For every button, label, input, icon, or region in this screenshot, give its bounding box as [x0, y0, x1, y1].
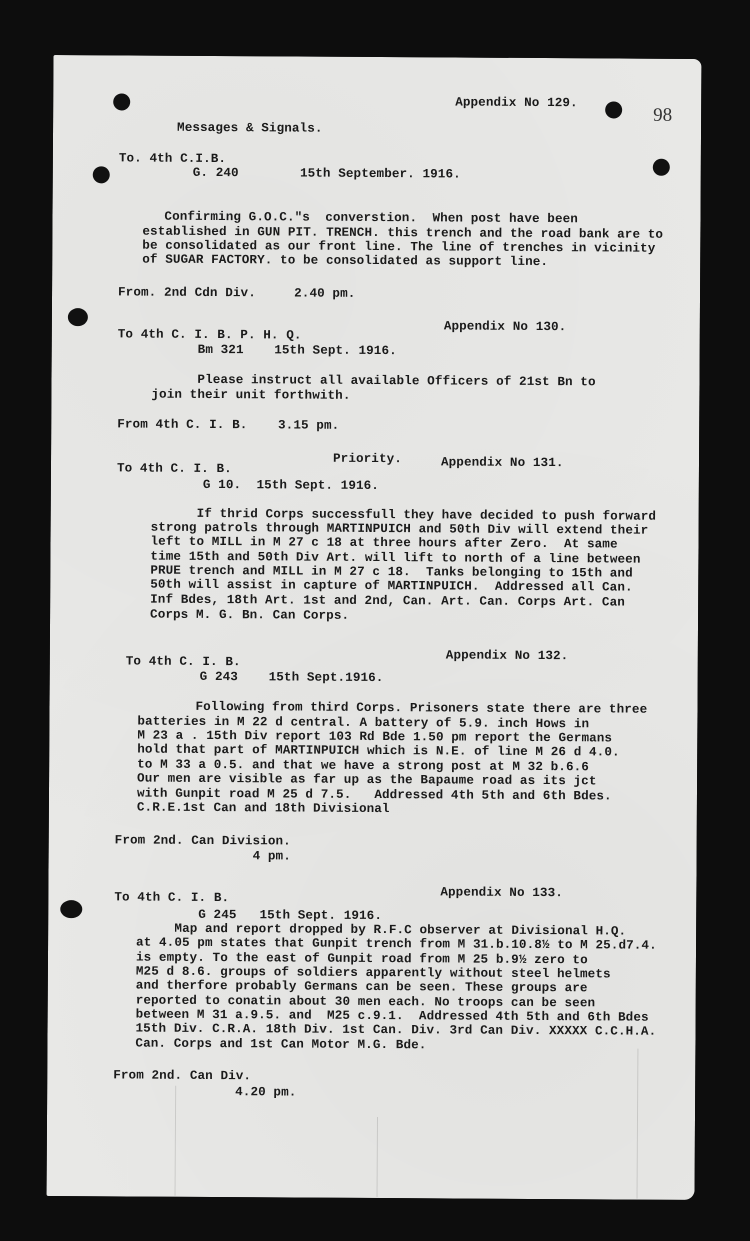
- appendix-label: Appendix No 131.: [441, 456, 564, 470]
- punch-hole-icon: [605, 101, 622, 118]
- message-body-line: C.R.E.1st Can and 18th Divisional: [137, 802, 390, 817]
- message-ref-date: G 10. 15th Sept. 1916.: [203, 479, 379, 494]
- page-number: 98: [653, 105, 672, 127]
- message-ref-date: Bm 321 15th Sept. 1916.: [198, 344, 397, 359]
- message-recipient: To 4th C. I. B.: [117, 462, 232, 476]
- page-heading: Messages & Signals.: [177, 122, 323, 136]
- message-body-line: join their unit forthwith.: [151, 389, 350, 404]
- priority-label: Priority.: [333, 453, 402, 467]
- document-page: 98 Messages & Signals. Appendix No 129. …: [47, 55, 702, 1200]
- punch-hole-icon: [60, 900, 82, 918]
- punch-hole-icon: [113, 93, 130, 110]
- message-ref-date: G 243 15th Sept.1916.: [200, 671, 384, 686]
- message-recipient: To 4th C. I. B.: [114, 891, 229, 905]
- message-sender: From 2nd. Can Div.: [113, 1069, 251, 1083]
- paper-crease: [377, 1117, 378, 1197]
- appendix-label: Appendix No 133.: [440, 886, 563, 900]
- message-body-line: Corps M. G. Bn. Can Corps.: [150, 609, 349, 624]
- message-sender: From. 2nd Cdn Div. 2.40 pm.: [118, 286, 355, 301]
- message-recipient: To 4th C. I. B.: [126, 655, 241, 669]
- paper-crease: [637, 1049, 639, 1199]
- appendix-label: Appendix No 132.: [446, 649, 569, 663]
- message-time: 4.20 pm.: [235, 1086, 296, 1100]
- appendix-label: Appendix No 129.: [455, 96, 578, 110]
- message-recipient: To 4th C. I. B. P. H. Q.: [118, 328, 302, 343]
- punch-hole-icon: [93, 166, 110, 183]
- punch-hole-icon: [68, 308, 88, 326]
- message-body-line: of SUGAR FACTORY. to be consolidated as …: [142, 254, 548, 270]
- message-recipient: To. 4th C.I.B.: [119, 152, 226, 166]
- message-sender: From 4th C. I. B. 3.15 pm.: [117, 418, 339, 433]
- message-time: 4 pm.: [253, 850, 291, 864]
- paper-crease: [175, 1086, 177, 1196]
- message-body-line: Can. Corps and 1st Can Motor M.G. Bde.: [135, 1038, 426, 1053]
- punch-hole-icon: [653, 159, 670, 176]
- appendix-label: Appendix No 130.: [444, 320, 567, 334]
- message-sender: From 2nd. Can Division.: [115, 834, 291, 849]
- message-ref-date: G. 240 15th September. 1916.: [193, 167, 461, 182]
